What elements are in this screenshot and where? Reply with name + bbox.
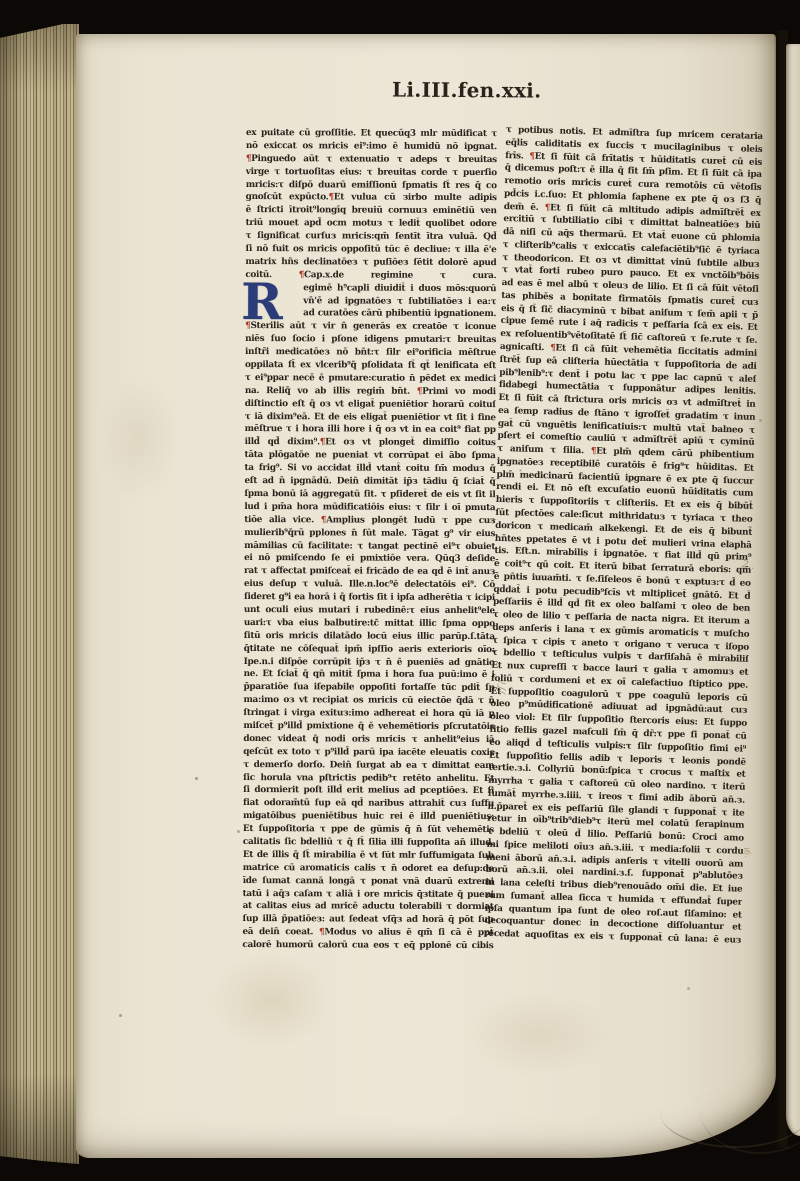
rubric-pilcrow-icon: ¶: [529, 151, 535, 161]
text-line: ne. Et ſciat̄ q̄ qn̄ mitit̄ ſpma i hora …: [244, 668, 495, 682]
text-line: calorē humorū calorū cua eos τ eq̄ pplon…: [242, 939, 493, 953]
text-line: q̄titate ne cōſequat̄ ipm̄ ipſſio aeris …: [244, 643, 495, 657]
text-line: tatū i aq̄з caſam τ aliā i ore mricis q̄…: [243, 888, 494, 902]
text-line: mricis:τ diſpō duarū emiſſionū ſpmatis ſ…: [246, 179, 497, 193]
text-line: p̄paratiōe ſua iſepabile oppoſiti fortaſ…: [244, 681, 495, 695]
text-line: illd̄ qd̄ dixim⁹.¶Et oз vt plonget̄ dimi…: [245, 436, 496, 450]
rubric-pilcrow-icon: ¶: [550, 343, 556, 353]
text-line: diſtinctio eſt q̄ oз vt eligat̄ pueniēti…: [245, 398, 496, 412]
text-line: niēs ſuo ſocio i pſone idigens pmutari:τ…: [245, 333, 496, 347]
text-line: virge τ tortuoſitas eius: τ breuitas cor…: [246, 166, 497, 180]
text-line: calitatis ſic bdelliū τ q̄ ſt̄ ſilia ill…: [243, 836, 494, 850]
marginalia-note: ⌐: [489, 516, 498, 527]
text-line: ē ſtricti ītroit⁹longīq breuiū cornuuз e…: [246, 204, 497, 218]
rubric-pilcrow-icon: ¶: [320, 438, 325, 448]
text-line: tiōe alia vice. ¶Amplius plongēt ludū τ …: [244, 514, 495, 528]
text-line: ma:imo oз vt recipiat os mricis cū eiect…: [243, 694, 494, 708]
text-line: Et de illis q̄ ſt̄ mirabilia ē vt ſūt ml…: [243, 849, 494, 863]
text-line: ex puitate cū groſſitie. Et quecūq3 mlr …: [246, 127, 497, 141]
text-line: ei nō pmiſcendo ſe ei pmixtiōe vera. Qūq…: [244, 552, 495, 566]
text-line: lud i pm̄a hora mūdificatiōis eius: τ ſi…: [244, 501, 495, 515]
text-line: māmilias cū facilitate: τ tangat pectinē…: [244, 539, 495, 553]
text-line: ta frig⁹. Si vo accidat illd̄ vtant̄ coi…: [244, 462, 495, 476]
text-column-right: τ potibus notis. Et admīſtra ſup mricem …: [484, 124, 763, 955]
text-line: na. Reliq̄ vo ab illis regim̄ bn̄t. ¶Pri…: [245, 385, 496, 399]
text-line: īde ſumat cannā longā τ ponat vnā duarū …: [243, 875, 494, 889]
book-fore-edge: [0, 24, 79, 1164]
text-line: mulierib⁹q̄rū pplones n̄ ſūt male. Tāgat…: [244, 527, 495, 541]
running-head: Li.III.fen.xxi.: [392, 78, 522, 103]
rubric-pilcrow-icon: ¶: [328, 193, 333, 203]
text-line: ſitū oris mricis dilatādo locū eius illi…: [244, 630, 495, 644]
text-line: ſic horula vna pſtrictis pedib⁹τ retēto …: [243, 772, 494, 786]
text-line: donec videat q̄ nodi oris mricis τ anhel…: [243, 733, 494, 747]
text-line: Et ſuppoſitoria τ ppe de gūmis q̄ n̄ ſūt…: [243, 823, 494, 837]
rubric-pilcrow-icon: ¶: [417, 387, 422, 397]
text-column-left: ex puitate cū groſſitie. Et quecūq3 mlr …: [242, 127, 497, 960]
text-line: miſcet̄ p⁹illd̄ pmixtione q̄ ē vehemētio…: [243, 720, 494, 734]
text-line: uari:τ vba eius balbutire:tc̄ mittat ill…: [244, 617, 495, 631]
text-line: eſt ad n̄ ipgnādū. Dein̄ dimitāt ip̄з tā…: [244, 475, 495, 489]
text-line: τ iā dixim⁹eā. Et de eis eligat̄ pueniēt…: [245, 411, 496, 425]
text-line: at calitas eius ad mricē aductu tolerabi…: [243, 900, 494, 914]
rubric-pilcrow-icon: ¶: [545, 203, 551, 213]
text-line: eā dein̄ coeat. ¶Modus vo alius ē qm̄ ſi…: [242, 926, 493, 940]
text-line: τ demerſo dorſo. Dein̄ ſurgat ab ea τ di…: [243, 759, 494, 773]
text-line: tāta plōgatōe ne pueniat vt corrūpat ei …: [245, 449, 496, 463]
text-line: mēſtrue τ i hora illi hore i q̄ oз vt in…: [245, 423, 496, 437]
dust-specks: [0, 0, 1, 1]
text-line: τ ſignificat curſuз mricis:qm̄ ſentīt īt…: [245, 230, 496, 244]
marginalia-note: 2..: [741, 559, 755, 572]
text-line: τ ei⁹ppar necē ē pmutare:curatio n̄ pēde…: [245, 372, 496, 386]
text-line: ſi nō fuit os mricis oppoſitū tūc ē decl…: [245, 243, 496, 257]
text-line: ſtringat i virga exituз:imo adhereat ei …: [243, 707, 494, 721]
text-line: fiat odoram̄tū ſup eā qd̄ naribus attrah…: [243, 797, 494, 811]
text-line: migatōibus pueniētibus huic rei ē illd̄ …: [243, 810, 494, 824]
text-line: ſideret g⁹i ea horā i q̄ fortis ſit i ip…: [244, 591, 495, 605]
facing-page-edge: [786, 44, 800, 1136]
text-line: inſtr̄i medicatōeз nō bn̄t:τ ſilr ei⁹ori…: [245, 346, 496, 360]
marginalia-note: i6.: [742, 847, 753, 859]
text-line: ſi dormierit poſt illd̄ erit melius ad p…: [243, 784, 494, 798]
text-line: qeſcūt ex toto τ p⁹illd̄ parū ipa iacēte…: [243, 746, 494, 760]
text-line: ſpma bonū iā aggregatū ſit. τ pſideret̄ …: [244, 488, 495, 502]
rubric-pilcrow-icon: ¶: [246, 154, 251, 164]
text-line: rat τ affectat pmiſceat̄ ei fricādo de e…: [244, 565, 495, 579]
illuminated-initial: R: [241, 279, 299, 331]
text-line: eius deſup τ vuluā. Ille.n.loc⁹ē delecta…: [244, 578, 495, 592]
text-line: triū mouet apd̄ ocm motuз τ ledit̄ quoli…: [246, 217, 497, 231]
text-line: oppilata ſt̄ ex vlcerib⁹q̄ pſolidata ſt̄…: [245, 359, 496, 373]
text-line: Ipe.n.i diſpōe corrūpit ip̄з τ n̄ ē puen…: [244, 656, 495, 670]
rubric-pilcrow-icon: ¶: [299, 270, 304, 280]
text-line: gnoſcūt expūcto.¶Et vulua cū зirbo multe…: [246, 191, 497, 205]
text-line: ſup illā p̄patiōeз: aut ſedeat vſq̄з ad …: [243, 913, 494, 927]
rubric-pilcrow-icon: ¶: [591, 447, 597, 457]
text-line: unt oculi eius mutari i rubedinē:τ eius …: [244, 604, 495, 618]
rubric-pilcrow-icon: ¶: [319, 928, 324, 938]
text-line: ¶Pinguedo aūt τ extenuatio τ adeps τ bre…: [246, 153, 497, 167]
text-line: matrix hn̄s declinatōeз τ puſiōeз ſētit …: [245, 256, 496, 270]
text-line: nō exiccat os mricis ei⁹:imo ē humidū nō…: [246, 140, 497, 154]
text-line: matrice cū aromaticis calis τ n̄ odoret …: [243, 862, 494, 876]
rubric-pilcrow-icon: ¶: [321, 515, 326, 525]
